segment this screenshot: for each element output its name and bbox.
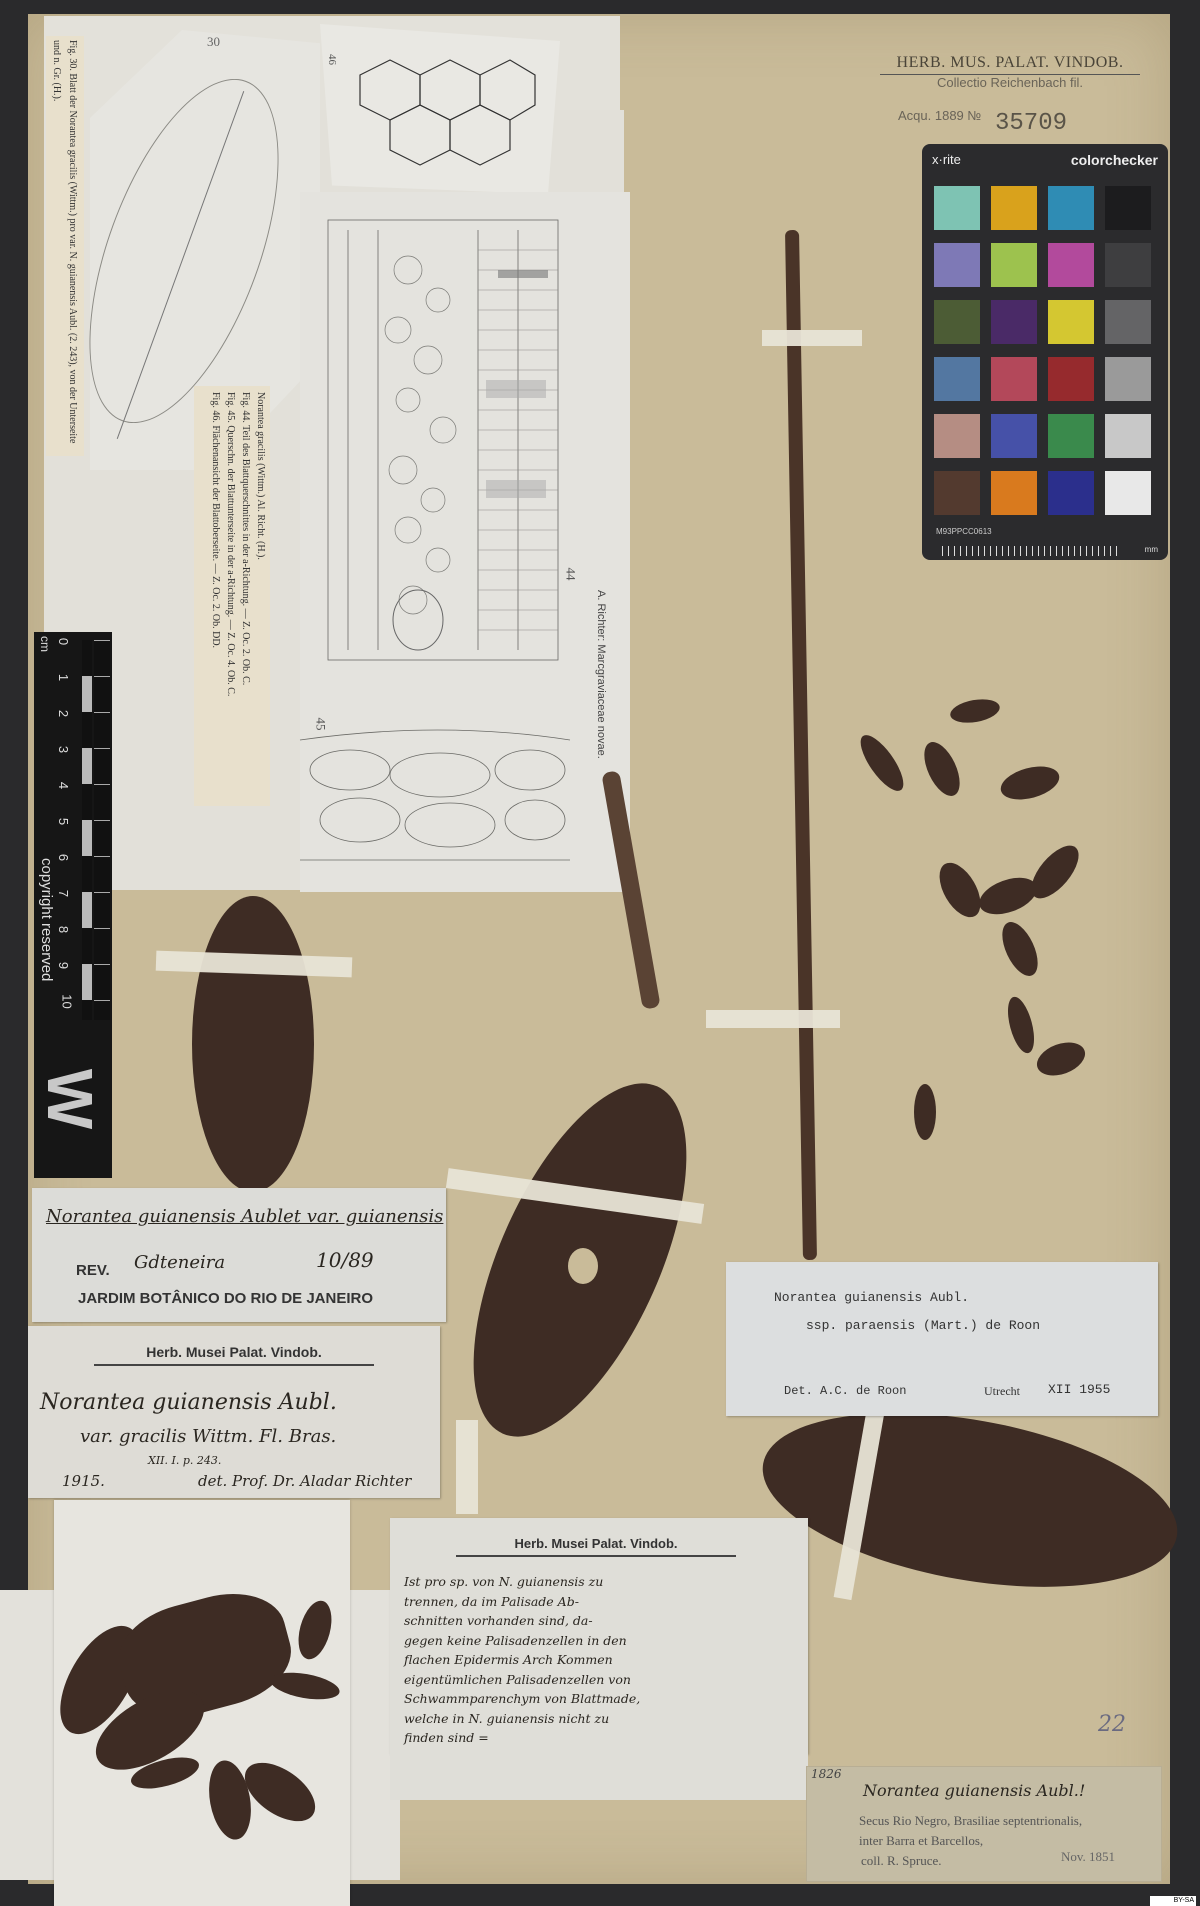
label-richter-note-bottom <box>390 1754 808 1800</box>
colorchecker-unit: mm <box>1145 545 1158 554</box>
fig44-caption-title: Norantea gracilis (Wittm.) Al. Richt. (H… <box>255 392 266 560</box>
accession-number: 35709 <box>995 110 1067 137</box>
fig30-number: 30 <box>207 34 220 50</box>
colorchecker-card: x·rite colorchecker M93PPCC0613 mm <box>922 144 1168 560</box>
richter-line2: var. gracilis Wittm. Fl. Bras. <box>80 1426 336 1447</box>
fig44-caption-3: Fig. 46. Flächenansicht der Blattobersei… <box>210 392 221 648</box>
scale-tick-label: 0 <box>56 638 71 645</box>
copyright-notice: copyright reserved <box>38 858 55 981</box>
mounting-tape <box>762 330 862 346</box>
deroon-det: Det. A.C. de Roon <box>784 1384 906 1398</box>
jardim-taxon: Norantea guianensis Aublet var. guianens… <box>46 1206 443 1227</box>
cc-license-badge: BY-SA <box>1150 1896 1196 1906</box>
color-patch <box>934 471 980 515</box>
fig44-leaf-section-drawing <box>318 210 618 680</box>
note-line: Ist pro sp. von N. guianensis zu <box>404 1572 796 1592</box>
note-line: gegen keine Palisadenzellen in den <box>404 1631 796 1651</box>
leaf-left <box>192 896 314 1192</box>
color-patch <box>1048 357 1094 401</box>
color-patch <box>991 300 1037 344</box>
jardim-rev-name: Gdteneira <box>134 1252 225 1273</box>
color-patch <box>991 243 1037 287</box>
scale-tick-label: 9 <box>56 962 71 969</box>
color-patch <box>991 186 1037 230</box>
stamp-line3: Acqu. 1889 № <box>898 108 981 123</box>
note-header: Herb. Musei Palat. Vindob. <box>456 1536 736 1557</box>
label-richter: Herb. Musei Palat. Vindob. Norantea guia… <box>28 1326 440 1498</box>
note-text: Ist pro sp. von N. guianensis zutrennen,… <box>404 1572 796 1748</box>
richter-year: 1915. <box>62 1472 105 1490</box>
color-patch <box>934 186 980 230</box>
fig44-caption-1: Fig. 44. Teil des Blattquerschnittes in … <box>240 392 251 685</box>
scale-tick-label: 2 <box>56 710 71 717</box>
fig44-caption-2: Fig. 45. Querschn. der Blattunterseite i… <box>225 392 236 696</box>
fig44-number: 44 <box>563 568 579 581</box>
spruce-taxon: Norantea guianensis Aubl.! <box>863 1781 1085 1800</box>
mounting-tape <box>706 1010 840 1028</box>
color-patch <box>934 300 980 344</box>
color-patch <box>991 414 1037 458</box>
note-line: welche in N. guianensis nicht zu <box>404 1709 796 1729</box>
richter-line3: XII. I. p. 243. <box>148 1454 221 1467</box>
fig30-caption: Fig. 30. Blatt der Norantea gracilis (Wi… <box>46 36 84 456</box>
mounting-tape <box>456 1420 478 1514</box>
fig44-caption: Norantea gracilis (Wittm.) Al. Richt. (H… <box>194 386 270 806</box>
deroon-date: XII 1955 <box>1048 1382 1110 1397</box>
jardim-institution: JARDIM BOTÂNICO DO RIO DE JANEIRO <box>78 1290 373 1307</box>
label-spruce: 1826 Norantea guianensis Aubl.! Secus Ri… <box>806 1766 1162 1882</box>
scale-tick-label: 5 <box>56 818 71 825</box>
color-patch <box>1048 186 1094 230</box>
spruce-line2: inter Barra et Barcellos, <box>859 1833 983 1849</box>
note-line: trennen, da im Palisade Ab- <box>404 1592 796 1612</box>
color-patch <box>1105 471 1151 515</box>
scale-tick-label: 7 <box>56 890 71 897</box>
color-patch <box>1048 471 1094 515</box>
note-line: Schwammparenchym von Blattmade, <box>404 1689 796 1709</box>
scale-bar-numbers: 012345678910 <box>60 634 80 1034</box>
deroon-line1: Norantea guianensis Aubl. <box>774 1290 969 1305</box>
color-patch <box>1105 186 1151 230</box>
fig46-number: 46 <box>326 54 338 65</box>
colorchecker-title: colorchecker <box>1071 152 1158 168</box>
jardim-date: 10/89 <box>316 1248 374 1272</box>
color-patch <box>991 357 1037 401</box>
note-line: schnitten vorhanden sind, da- <box>404 1611 796 1631</box>
label-richter-note: Herb. Musei Palat. Vindob. Ist pro sp. v… <box>390 1518 808 1754</box>
spruce-line1: Secus Rio Negro, Brasiliae septentrional… <box>859 1813 1082 1829</box>
label-de-roon: Norantea guianensis Aubl. ssp. paraensis… <box>726 1262 1158 1416</box>
stamp-line2: Collectio Reichenbach fil. <box>880 75 1140 90</box>
spruce-number: 1826 <box>811 1767 842 1781</box>
color-patch <box>1105 357 1151 401</box>
scale-bar-blocks <box>82 640 92 1020</box>
colorchecker-mm-ruler <box>942 546 1122 556</box>
color-patch <box>991 471 1037 515</box>
richter-line1: Norantea guianensis Aubl. <box>40 1390 337 1415</box>
color-patch <box>1048 300 1094 344</box>
xrite-logo: x·rite <box>932 152 961 167</box>
color-patch <box>934 414 980 458</box>
scale-tick-label: 4 <box>56 782 71 789</box>
colorchecker-serial: M93PPCC0613 <box>936 527 992 536</box>
w-logo: W <box>33 1069 107 1129</box>
color-patch <box>1105 243 1151 287</box>
scale-tick-label: 3 <box>56 746 71 753</box>
note-line: eigentümlichen Palisadenzellen von <box>404 1670 796 1690</box>
scale-tick-label: 8 <box>56 926 71 933</box>
label-jardim-botanico: Norantea guianensis Aublet var. guianens… <box>32 1188 446 1322</box>
scale-bar-unit: cm <box>38 636 52 652</box>
richter-header: Herb. Musei Palat. Vindob. <box>94 1344 374 1366</box>
leaf-hole <box>568 1248 598 1284</box>
scale-tick-label: 1 <box>56 674 71 681</box>
fig46-cell-drawing <box>340 45 540 175</box>
spruce-line3: coll. R. Spruce. <box>861 1853 942 1869</box>
scale-bar: cm 012345678910 copyright reserved W <box>34 632 112 1178</box>
color-patch <box>934 243 980 287</box>
richter-det: det. Prof. Dr. Aladar Richter <box>198 1472 411 1490</box>
institution-stamp: HERB. MUS. PALAT. VINDOB. Collectio Reic… <box>880 54 1140 90</box>
deroon-line2: ssp. paraensis (Mart.) de Roon <box>806 1318 1040 1333</box>
fig45-number: 45 <box>313 718 329 731</box>
color-patch <box>1048 243 1094 287</box>
color-patch <box>1105 414 1151 458</box>
color-patch <box>1105 300 1151 344</box>
note-line: finden sind = <box>404 1728 796 1748</box>
scale-bar-ticks <box>94 640 110 1020</box>
scale-tick-label: 6 <box>56 854 71 861</box>
colorchecker-patches <box>934 186 1156 516</box>
plate-credit: A. Richter: Marcgraviaceae novae. <box>595 590 607 759</box>
color-patch <box>934 357 980 401</box>
note-line: flachen Epidermis Arch Kommen <box>404 1650 796 1670</box>
sheet-number-mark: 22 <box>1098 1712 1126 1737</box>
fig45-epidermis-drawing <box>290 720 580 870</box>
jardim-rev-label: REV. <box>76 1262 110 1279</box>
deroon-place: Utrecht <box>984 1384 1020 1399</box>
color-patch <box>1048 414 1094 458</box>
scale-tick-label: 10 <box>60 994 75 1008</box>
leaflet <box>914 1084 936 1140</box>
stamp-line1: HERB. MUS. PALAT. VINDOB. <box>880 54 1140 75</box>
spruce-date: Nov. 1851 <box>1061 1849 1115 1865</box>
